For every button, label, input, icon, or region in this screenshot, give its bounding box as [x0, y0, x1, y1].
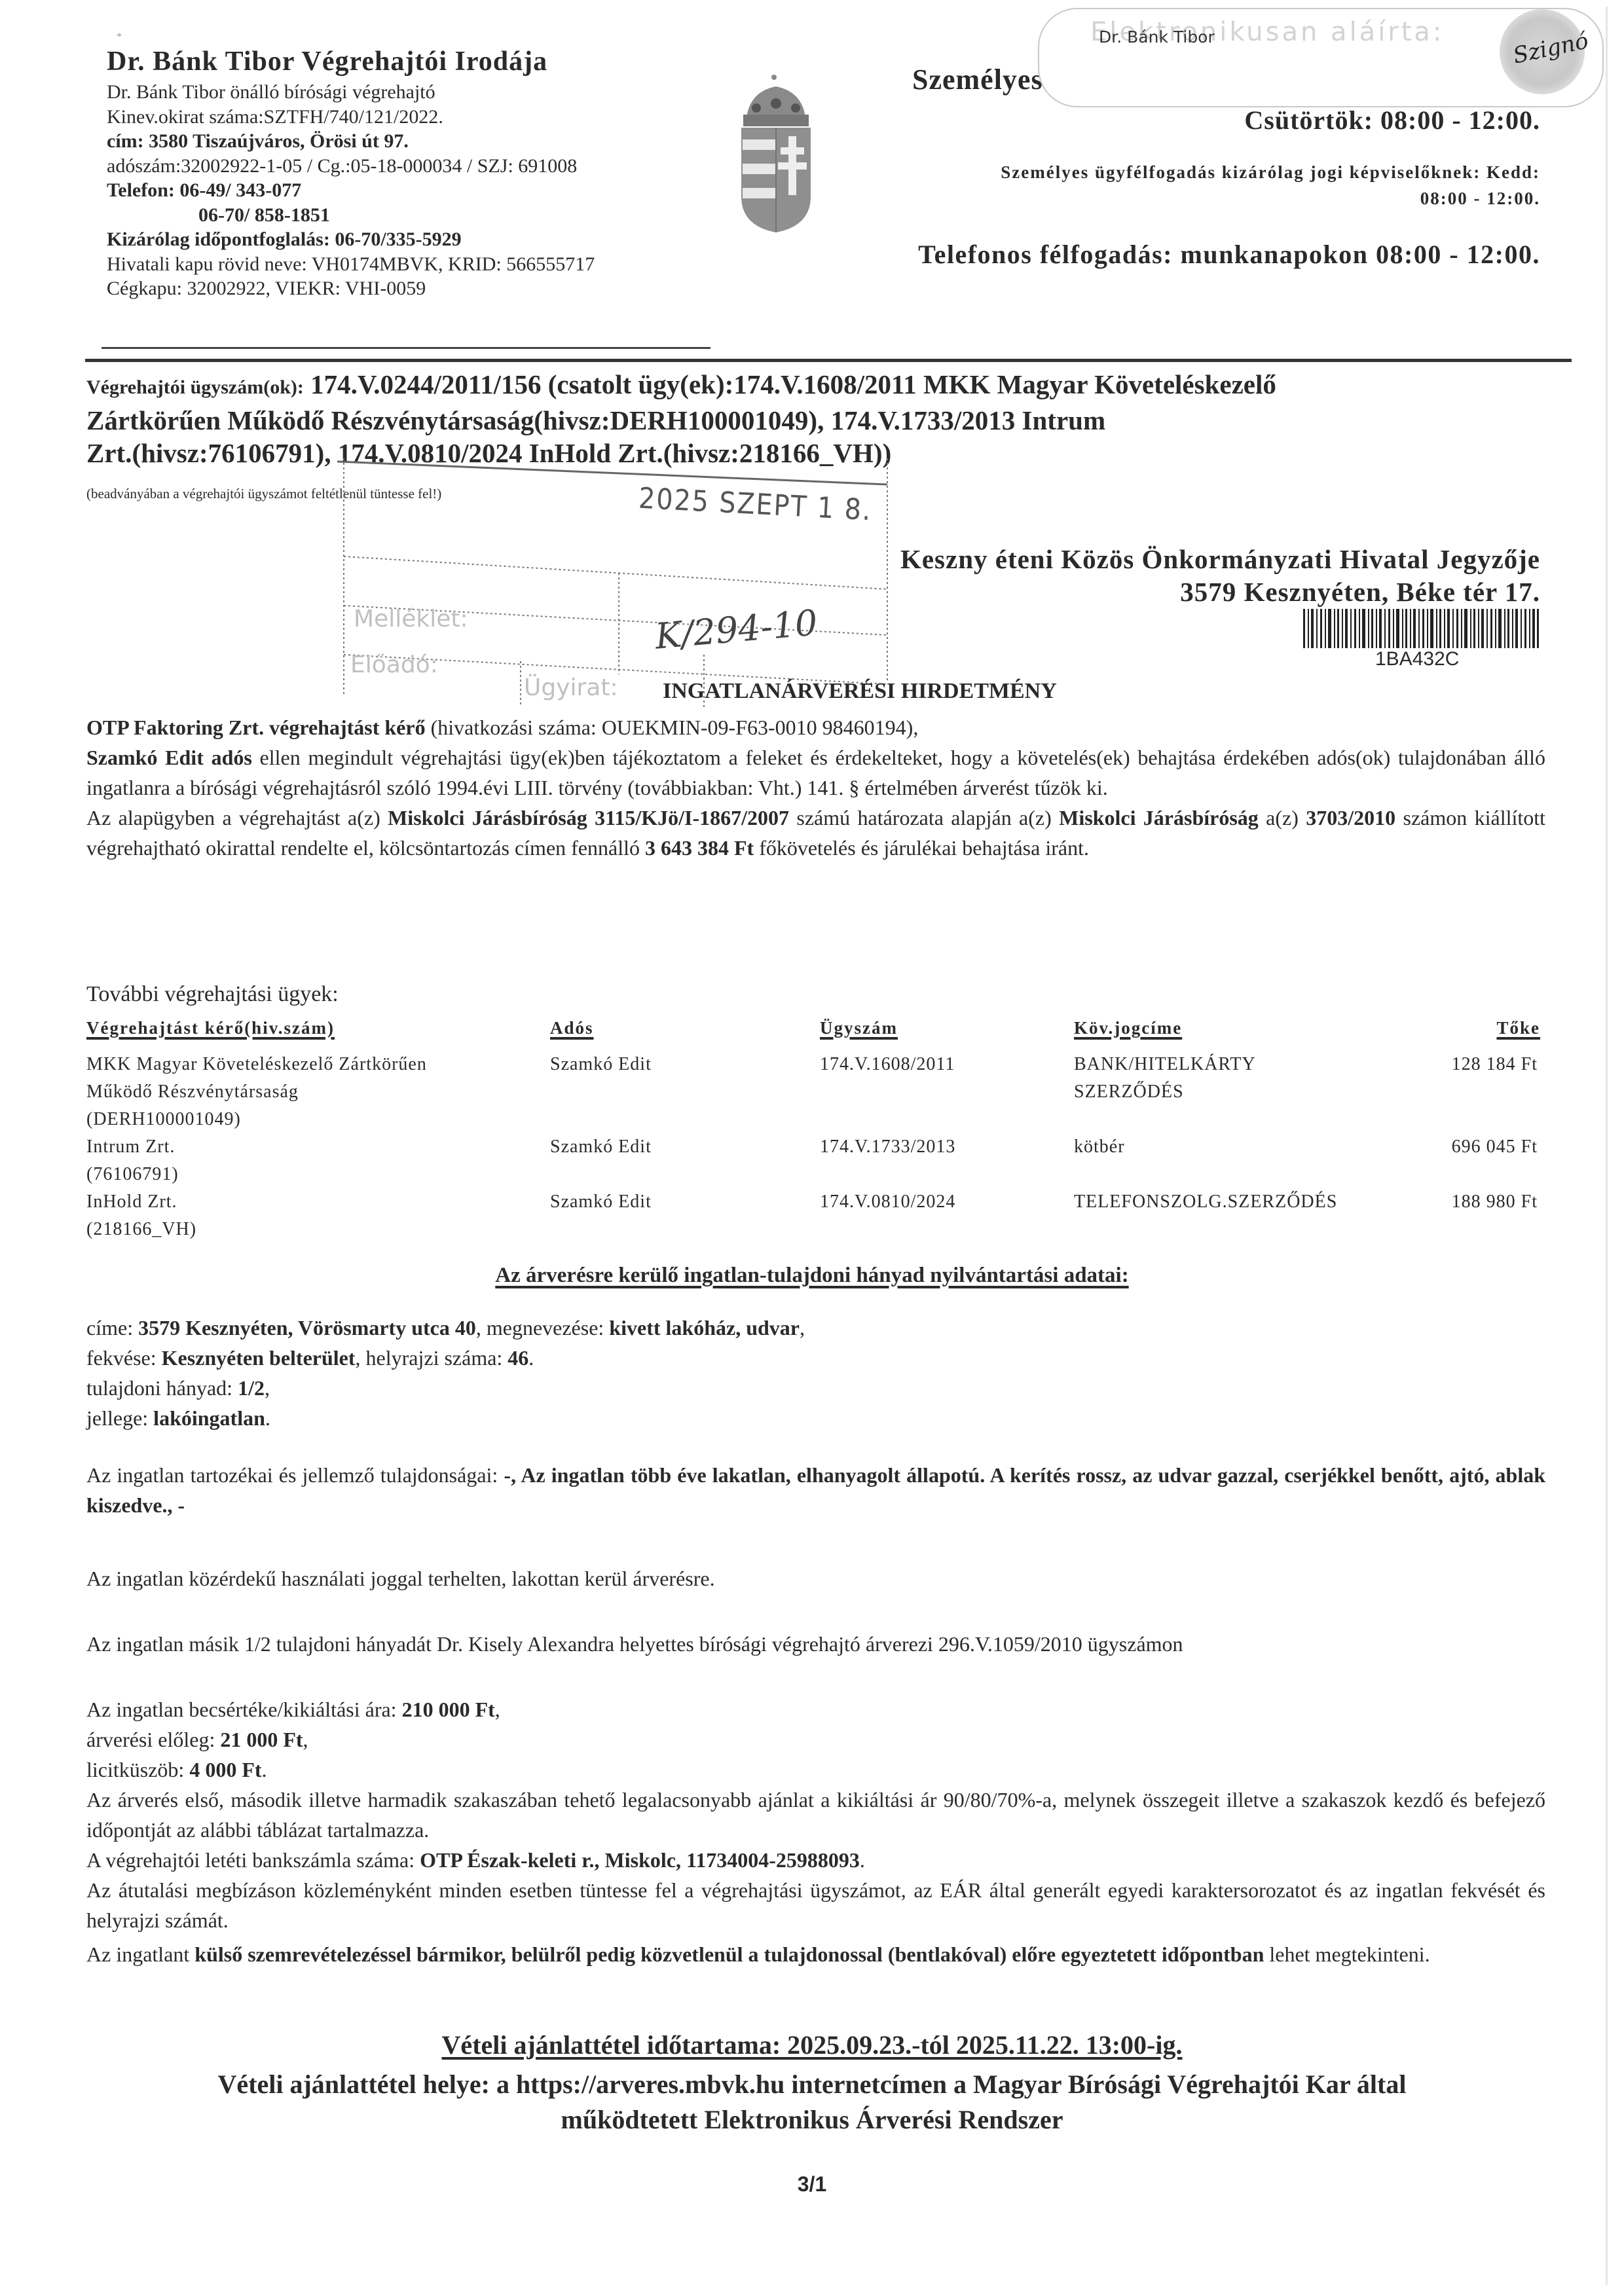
table-cell-capital: 696 045 Ft: [1452, 1133, 1538, 1161]
deposit: 21 000 Ft: [220, 1728, 303, 1751]
case-numbers-line: Végrehajtói ügyszám(ok): 174.V.0244/2011…: [86, 368, 1593, 404]
other-cases-title: További végrehajtási ügyek:: [86, 982, 339, 1007]
cell-line: Intrum Zrt.: [86, 1133, 179, 1161]
enforcement-doc-number: 3703/2010: [1306, 806, 1395, 829]
letterhead-phone: Telefon: 06-49/ 343-077: [107, 178, 729, 203]
property-heading: Az árverésre kerülő ingatlan-tulajdoni h…: [0, 1264, 1624, 1288]
intro-text: ellen megindult végrehajtási ügy(ek)ben …: [86, 746, 1545, 799]
col-header-case: Ügyszám: [820, 1018, 898, 1038]
bid-increment: 4 000 Ft: [189, 1758, 261, 1781]
barcode-text: 1BA432C: [1375, 648, 1459, 670]
intro-paragraph: OTP Faktoring Zrt. végrehajtást kérő (hi…: [86, 712, 1545, 863]
table-cell-debtor: Szamkó Edit: [550, 1051, 652, 1078]
seal-text: Szignó: [1511, 27, 1591, 69]
basis-text: főkövetelés és járulékai behajtása iránt…: [754, 836, 1089, 860]
viewing-text-part: lehet megtekinteni.: [1264, 1942, 1430, 1966]
property-type: lakóingatlan: [153, 1406, 265, 1430]
table-row-creditor: InHold Zrt. (218166_VH): [86, 1188, 196, 1243]
stages-text: Az árverés első, második illetve harmadi…: [86, 1785, 1545, 1845]
phone-hours: Telefonos félfogadás: munkanapokon 08:00…: [918, 239, 1540, 270]
case-number-main: 174.V.0244/2011/156 (csatolt ügy(ek):174…: [304, 369, 1276, 399]
encumbrance-text: Az ingatlan közérdekű használati joggal …: [86, 1563, 1545, 1594]
letterhead-line: Dr. Bánk Tibor önálló bírósági végrehajt…: [107, 80, 729, 105]
label: , helyrajzi száma:: [356, 1346, 508, 1370]
basis-text: Az alapügyben a végrehajtást a(z): [86, 806, 388, 829]
scan-mark: *: [117, 31, 122, 43]
case-numbers: Végrehajtói ügyszám(ok): 174.V.0244/2011…: [86, 368, 1593, 469]
label: Az ingatlan tartozékai és jellemző tulaj…: [86, 1463, 504, 1487]
stamp-label-attachment: Melléklet:: [354, 606, 468, 632]
cell-line: MKK Magyar Követeléskezelő Zártkörűen: [86, 1051, 427, 1078]
signature-seal-icon: Szignó: [1500, 9, 1585, 94]
table-cell-debtor: Szamkó Edit: [550, 1188, 652, 1216]
table-cell-claim-title: BANK/HITELKÁRTY SZERZŐDÉS: [1074, 1051, 1256, 1106]
label: tulajdoni hányad:: [86, 1376, 238, 1400]
page-number: 3/1: [0, 2172, 1624, 2196]
label: licitküszöb:: [86, 1758, 189, 1781]
transfer-note: Az átutalási megbízáson közleményként mi…: [86, 1875, 1545, 1935]
label: árverési előleg:: [86, 1728, 220, 1751]
court-decision: Miskolci Járásbíróság 3115/KJö/I-1867/20…: [388, 806, 789, 829]
label: fekvése:: [86, 1346, 162, 1370]
label: Az ingatlan becsértéke/kikiáltási ára:: [86, 1698, 402, 1721]
table-cell-capital: 188 980 Ft: [1452, 1188, 1538, 1216]
table-cell-case: 174.V.1608/2011: [820, 1051, 955, 1078]
table-row-creditor: Intrum Zrt. (76106791): [86, 1133, 179, 1188]
letterhead-rule: [101, 347, 710, 349]
property-address: 3579 Kesznyéten, Vörösmarty utca 40: [138, 1316, 476, 1339]
stamp-label-clerk: Előadó:: [350, 651, 438, 678]
office-hours-lawyers: Személyes ügyfélfogadás kizárólag jogi k…: [853, 159, 1540, 211]
cell-line: InHold Zrt.: [86, 1188, 196, 1216]
signer-name: Dr. Bánk Tibor: [1099, 27, 1215, 46]
label: címe:: [86, 1316, 138, 1339]
label: jellege:: [86, 1406, 153, 1430]
bidding-place: Vételi ajánlattétel helye: a https://arv…: [0, 2069, 1624, 2100]
table-cell-debtor: Szamkó Edit: [550, 1133, 652, 1161]
cell-line: (76106791): [86, 1161, 179, 1188]
office-hours-lawyers-time: 08:00 - 12:00.: [853, 185, 1540, 211]
stamp-label-file: Ügyirat:: [524, 674, 618, 701]
viewing-text-part: Az ingatlant: [86, 1942, 194, 1966]
table-row-creditor: MKK Magyar Követeléskezelő Zártkörűen Mű…: [86, 1051, 427, 1133]
basis-text: számú határozata alapján a(z): [789, 806, 1059, 829]
letterhead-phone-2: 06-70/ 858-1851: [107, 203, 729, 228]
property-data: címe: 3579 Kesznyéten, Vörösmarty utca 4…: [86, 1313, 1545, 1433]
office-title: Dr. Bánk Tibor Végrehajtói Irodája: [107, 43, 729, 80]
table-cell-claim-title: kötbér: [1074, 1133, 1125, 1161]
office-hours-lawyers-line: Személyes ügyfélfogadás kizárólag jogi k…: [853, 159, 1540, 185]
cell-line: Működő Részvénytársaság: [86, 1078, 427, 1106]
office-hours-thursday: Csütörtök: 08:00 - 12:00.: [1244, 105, 1540, 136]
creditor-ref: (hivatkozási száma: OUEKMIN-09-F63-0010 …: [426, 716, 919, 739]
letterhead-gateway: Hivatali kapu rövid neve: VH0174MBVK, KR…: [107, 252, 729, 277]
barcode-icon: [1303, 609, 1539, 648]
col-header-creditor: Végrehajtást kérő(hiv.szám): [86, 1018, 335, 1038]
document-title: INGATLANÁRVERÉSI HIRDETMÉNY: [663, 679, 1057, 704]
label: A végrehajtói letéti bankszámla száma:: [86, 1848, 420, 1872]
addressee-name: Keszny éteni Közös Önkormányzati Hivatal…: [900, 543, 1540, 575]
case-numbers-label: Végrehajtói ügyszám(ok):: [86, 376, 304, 398]
property-location: Kesznyéten belterület: [162, 1346, 356, 1370]
letterhead-address: cím: 3580 Tiszaújváros, Örösi út 97.: [107, 129, 729, 154]
creditor-name: OTP Faktoring Zrt. végrehajtást kérő: [86, 716, 426, 739]
viewing-conditions: külső szemrevételezéssel bármikor, belül…: [194, 1942, 1264, 1966]
header-divider: [85, 359, 1572, 362]
other-share-text: Az ingatlan másik 1/2 tulajdoni hányadát…: [86, 1629, 1545, 1659]
bidding-period: Vételi ajánlattétel időtartama: 2025.09.…: [0, 2030, 1624, 2060]
case-numbers-line: Zártkörűen Működő Részvénytársaság(hivsz…: [86, 404, 1593, 437]
property-name: kivett lakóház, udvar: [609, 1316, 800, 1339]
scan-edge-line: [1606, 7, 1608, 2285]
cell-line: BANK/HITELKÁRTY: [1074, 1051, 1256, 1078]
starting-price: 210 000 Ft: [402, 1698, 495, 1721]
viewing-text: Az ingatlant külső szemrevételezéssel bá…: [86, 1939, 1545, 1969]
table-cell-case: 174.V.1733/2013: [820, 1133, 955, 1161]
pricing-block: Az ingatlan becsértéke/kikiáltási ára: 2…: [86, 1694, 1545, 1935]
property-lot: 46: [507, 1346, 528, 1370]
table-cell-capital: 128 184 Ft: [1452, 1051, 1538, 1078]
letterhead-tax-id: adószám:32002922-1-05 / Cg.:05-18-000034…: [107, 154, 729, 179]
property-features: Az ingatlan tartozékai és jellemző tulaj…: [86, 1460, 1545, 1520]
label: , megnevezése:: [476, 1316, 609, 1339]
hungarian-coat-of-arms-icon: [733, 72, 819, 236]
col-header-debtor: Adós: [550, 1018, 594, 1038]
bidding-period-text: Vételi ajánlattétel időtartama: 2025.09.…: [442, 2030, 1183, 2060]
letterhead-line: Kinev.okirat száma:SZTFH/740/121/2022.: [107, 105, 729, 130]
basis-text: a(z): [1259, 806, 1306, 829]
cell-line: (218166_VH): [86, 1216, 196, 1243]
cell-line: (DERH100001049): [86, 1106, 427, 1133]
court-name: Miskolci Járásbíróság: [1059, 806, 1259, 829]
col-header-capital: Tőke: [1496, 1018, 1540, 1038]
cell-line: SZERZŐDÉS: [1074, 1078, 1256, 1106]
table-cell-claim-title: TELEFONSZOLG.SZERZŐDÉS: [1074, 1188, 1337, 1216]
letterhead-company-gate: Cégkapu: 32002922, VIEKR: VHI-0059: [107, 276, 729, 301]
property-heading-text: Az árverésre kerülő ingatlan-tulajdoni h…: [495, 1264, 1128, 1287]
col-header-claim-title: Köv.jogcíme: [1074, 1018, 1182, 1038]
table-cell-case: 174.V.0810/2024: [820, 1188, 955, 1216]
bidding-place-2: működtetett Elektronikus Árverési Rendsz…: [0, 2104, 1624, 2135]
debtor-name: Szamkó Edit adós: [86, 746, 252, 769]
property-share: 1/2: [238, 1376, 265, 1400]
bank-account: OTP Észak-keleti r., Miskolc, 11734004-2…: [420, 1848, 860, 1872]
principal-amount: 3 643 384 Ft: [645, 836, 754, 860]
addressee-address: 3579 Kesznyéten, Béke tér 17.: [1180, 576, 1540, 608]
office-letterhead: Dr. Bánk Tibor Végrehajtói Irodája Dr. B…: [107, 43, 729, 301]
letterhead-appointment: Kizárólag időpontfoglalás: 06-70/335-592…: [107, 227, 729, 252]
